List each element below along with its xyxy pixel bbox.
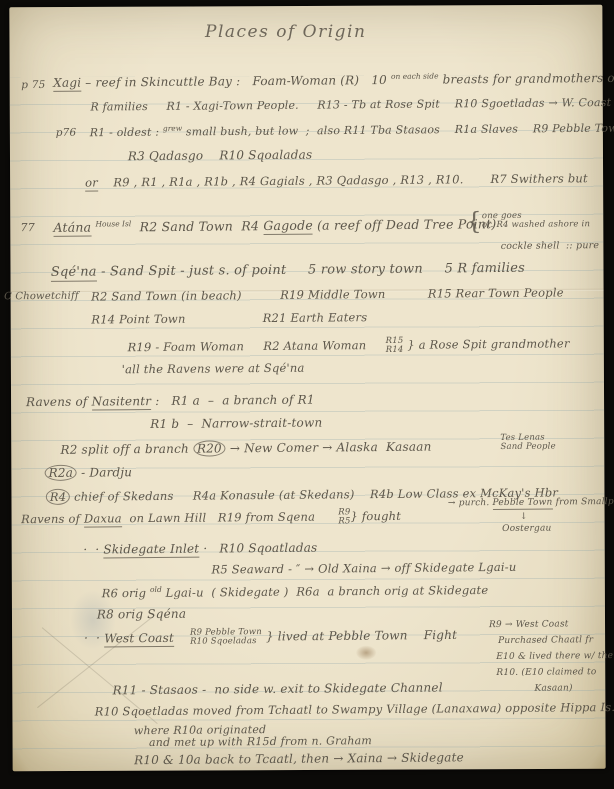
text-segment: 77 <box>20 221 35 234</box>
superscript-note: House Isl <box>95 219 131 228</box>
superscript-note: on each side <box>391 72 439 81</box>
line-ravens-daxua: Ravens of Daxua on Lawn Hill R19 from Sq… <box>21 508 401 529</box>
text-segment: and met up with R15d from n. Graham <box>149 734 372 749</box>
text-segment: - Sand Spit - just s. of point 5 row sto… <box>97 261 525 280</box>
circled-text: R20 <box>193 440 226 456</box>
text-segment: Sqé'na <box>51 265 97 282</box>
stacked-pair: R15R14 <box>386 337 404 355</box>
text-segment: · · <box>83 542 103 556</box>
text-segment: R3 Qadasgo R10 Sqoaladas <box>128 148 313 164</box>
line-xagi: Xagi – reef in Skincuttle Bay : Foam-Wom… <box>53 71 614 90</box>
text-segment: R2 split off a branch <box>60 442 193 457</box>
text-segment: R6 orig <box>102 586 150 600</box>
text-segment: Oostergau <box>502 524 551 534</box>
text-segment: cockle shell :: pure <box>501 240 600 252</box>
text-segment: p76 <box>56 127 77 139</box>
text-segment: : R1 a – a branch of R1 <box>151 393 315 408</box>
line-r15d: and met up with R15d from n. Graham <box>149 735 372 749</box>
line-r1-oldest: R1 - oldest : grew small bush, but low ;… <box>90 121 614 139</box>
text-segment: R1 - oldest : <box>90 126 163 140</box>
text-segment: Xagi <box>53 76 81 92</box>
margin-77: 77 <box>20 222 35 234</box>
text-segment: Ravens of <box>21 512 84 527</box>
text-segment: Skidegate Inlet <box>103 542 199 559</box>
line-ravens-nasitentr: Ravens of Nasitentr : R1 a – a branch of… <box>26 394 315 410</box>
text-segment: Kasaan) <box>534 683 572 693</box>
note-daxua: → purch. Pebble Town from Smallpox T <box>448 498 614 510</box>
text-segment: C Chowetchiff <box>4 291 79 303</box>
line-xagi-2: R families R1 - Xagi-Town People. R13 - … <box>90 97 611 114</box>
margin-p75: p 75 <box>21 80 45 92</box>
text-segment: } fought <box>350 509 401 523</box>
stacked-pair: R9 Pebble TownR10 Sqoeladas <box>190 628 262 647</box>
text-segment: R11 - Stasaos - no side w. exit to Skide… <box>112 680 442 697</box>
line-r8: R8 orig Sqéna <box>97 608 186 622</box>
stacked-pair: one goesor. R4 washed ashore in <box>482 211 590 230</box>
circled-text: R2a <box>45 465 78 481</box>
line-r3: R3 Qadasgo R10 Sqoaladas <box>128 149 313 164</box>
text-segment: Nasitentr <box>91 394 151 411</box>
text-segment: p 75 <box>21 79 45 91</box>
text-segment: Daxua <box>84 511 122 527</box>
text-segment: West Coast <box>104 630 174 647</box>
text-segment: breasts for grandmothers of <box>438 71 614 87</box>
line-atana: Atána House Isl R2 Sand Town R4 Gagode (… <box>53 217 496 235</box>
text-segment: Ravens of <box>26 395 92 410</box>
text-segment: R families R1 - Xagi-Town People. R13 - … <box>90 96 611 114</box>
text-segment: R2 Sand Town R4 <box>131 218 263 234</box>
line-skidegate-inlet: · · Skidegate Inlet · R10 Sqoatladas <box>83 542 317 557</box>
note-teslenas: Tes LenasSand People <box>500 434 556 452</box>
text-segment <box>174 630 190 644</box>
line-or-list: or R9 , R1 , R1a , R1b , R4 Gagials , R3… <box>85 172 588 189</box>
line-sqena-2: R2 Sand Town (in beach) R19 Middle Town … <box>91 286 564 303</box>
text-segment: → New Comer → Alaska Kasaan <box>226 440 432 456</box>
margin-chowetchiff: C Chowetchiff <box>4 291 79 303</box>
line-r2-split: R2 split off a branch R20 → New Comer → … <box>60 441 431 457</box>
text-segment: small bush, but low ; also R11 Tba Stasa… <box>182 122 614 139</box>
text-segment: Atána <box>53 220 91 237</box>
line-r11: R11 - Stasaos - no side w. exit to Skide… <box>112 681 442 697</box>
line-r10-moved: R10 Sqoetladas moved from Tchaatl to Swa… <box>95 701 614 718</box>
text-segment: Purchased Chaatl fr <box>498 635 593 646</box>
stacked-pair: Tes LenasSand People <box>500 434 556 452</box>
line-sqena: Sqé'na - Sand Spit - just s. of point 5 … <box>51 262 525 280</box>
line-sqena-4: R19 - Foam Woman R2 Atana Woman R15R14 }… <box>127 335 569 357</box>
text-segment: from Smallpox T <box>552 497 614 508</box>
note-westcoast-2: Purchased Chaatl fr <box>498 636 593 647</box>
note-atana: {one goesor. R4 washed ashore in <box>466 207 590 234</box>
text-segment: } lived at Pebble Town Fight <box>262 628 457 644</box>
text-segment: R2 Sand Town (in beach) R19 Middle Town … <box>91 285 564 303</box>
text-segment: R9 → West Coast <box>489 619 569 630</box>
text-segment: } a Rose Spit grandmother <box>403 336 569 351</box>
text-segment: → purch. <box>448 498 493 508</box>
superscript-note: old <box>150 585 162 594</box>
text-segment: E10 & lived there w/ the <box>496 651 613 662</box>
text-segment: R14 Point Town R21 Earth Eaters <box>91 310 367 326</box>
text-segment: R1 b – Narrow-strait-town <box>150 416 322 432</box>
text-segment: R19 - Foam Woman R2 Atana Woman <box>127 338 385 354</box>
note-westcoast-1: R9 → West Coast <box>489 620 569 631</box>
text-segment: { <box>466 207 482 235</box>
line-r5: R5 Seaward - ″ → Old Xaina → off Skidega… <box>211 561 516 576</box>
text-segment: Pebble Town <box>492 498 552 511</box>
text-segment: - Dardju <box>77 465 132 479</box>
text-segment: · · <box>84 631 104 645</box>
text-segment: ↓ <box>520 512 528 522</box>
text-segment: R5 Seaward - ″ → Old Xaina → off Skidega… <box>211 560 516 577</box>
note-westcoast-5: Kasaan) <box>535 684 573 694</box>
margin-p76: p76 <box>56 128 77 140</box>
scanned-page-photo: Places of Origin p 75Xagi – reef in Skin… <box>0 0 614 789</box>
note-daxua-arrow: ↓ <box>520 513 528 523</box>
text-segment: R8 orig Sqéna <box>97 607 186 622</box>
note-westcoast-4: R10. (E10 claimed to <box>496 668 596 679</box>
text-segment: Lgai-u ( Skidegate ) R6a a branch orig a… <box>162 583 489 600</box>
stacked-pair: R9R5 <box>338 508 350 526</box>
line-r1b: R1 b – Narrow-strait-town <box>150 417 322 432</box>
note-westcoast-3: E10 & lived there w/ the <box>496 652 613 663</box>
text-segment: R10 Sqoetladas moved from Tchaatl to Swa… <box>95 700 614 719</box>
text-segment: R9 , R1 , R1a , R1b , R4 Gagials , R3 Qa… <box>98 171 588 189</box>
line-r10-back: R10 & 10a back to Tcaatl, then → Xaina →… <box>134 751 464 767</box>
line-r2a: R2a - Dardju <box>45 466 133 480</box>
text-segment: R10. (E10 claimed to <box>496 667 596 678</box>
circled-text: R4 <box>46 489 71 505</box>
text-segment: – reef in Skincuttle Bay : Foam-Woman (R… <box>81 73 391 90</box>
text-segment: · R10 Sqoatladas <box>199 541 317 556</box>
text-segment: on Lawn Hill R19 from Sqena <box>122 509 339 525</box>
note-atana-2: cockle shell :: pure <box>501 241 600 252</box>
text-segment: or <box>85 175 98 191</box>
note-daxua-2: Oostergau <box>502 525 551 535</box>
superscript-note: grew <box>163 124 182 133</box>
text-segment: Gagode <box>263 218 313 235</box>
text-segment: R10 & 10a back to Tcaatl, then → Xaina →… <box>134 750 464 767</box>
line-sqena-3: R14 Point Town R21 Earth Eaters <box>91 311 367 326</box>
line-r6: R6 orig old Lgai-u ( Skidegate ) R6a a b… <box>102 583 489 600</box>
manuscript-lines: p 75Xagi – reef in Skincuttle Bay : Foam… <box>0 0 614 789</box>
line-sqena-5: 'all the Ravens were at Sqé'na <box>122 362 305 376</box>
line-west-coast: · · West Coast R9 Pebble TownR10 Sqoelad… <box>84 626 457 647</box>
text-segment: 'all the Ravens were at Sqé'na <box>122 361 305 377</box>
